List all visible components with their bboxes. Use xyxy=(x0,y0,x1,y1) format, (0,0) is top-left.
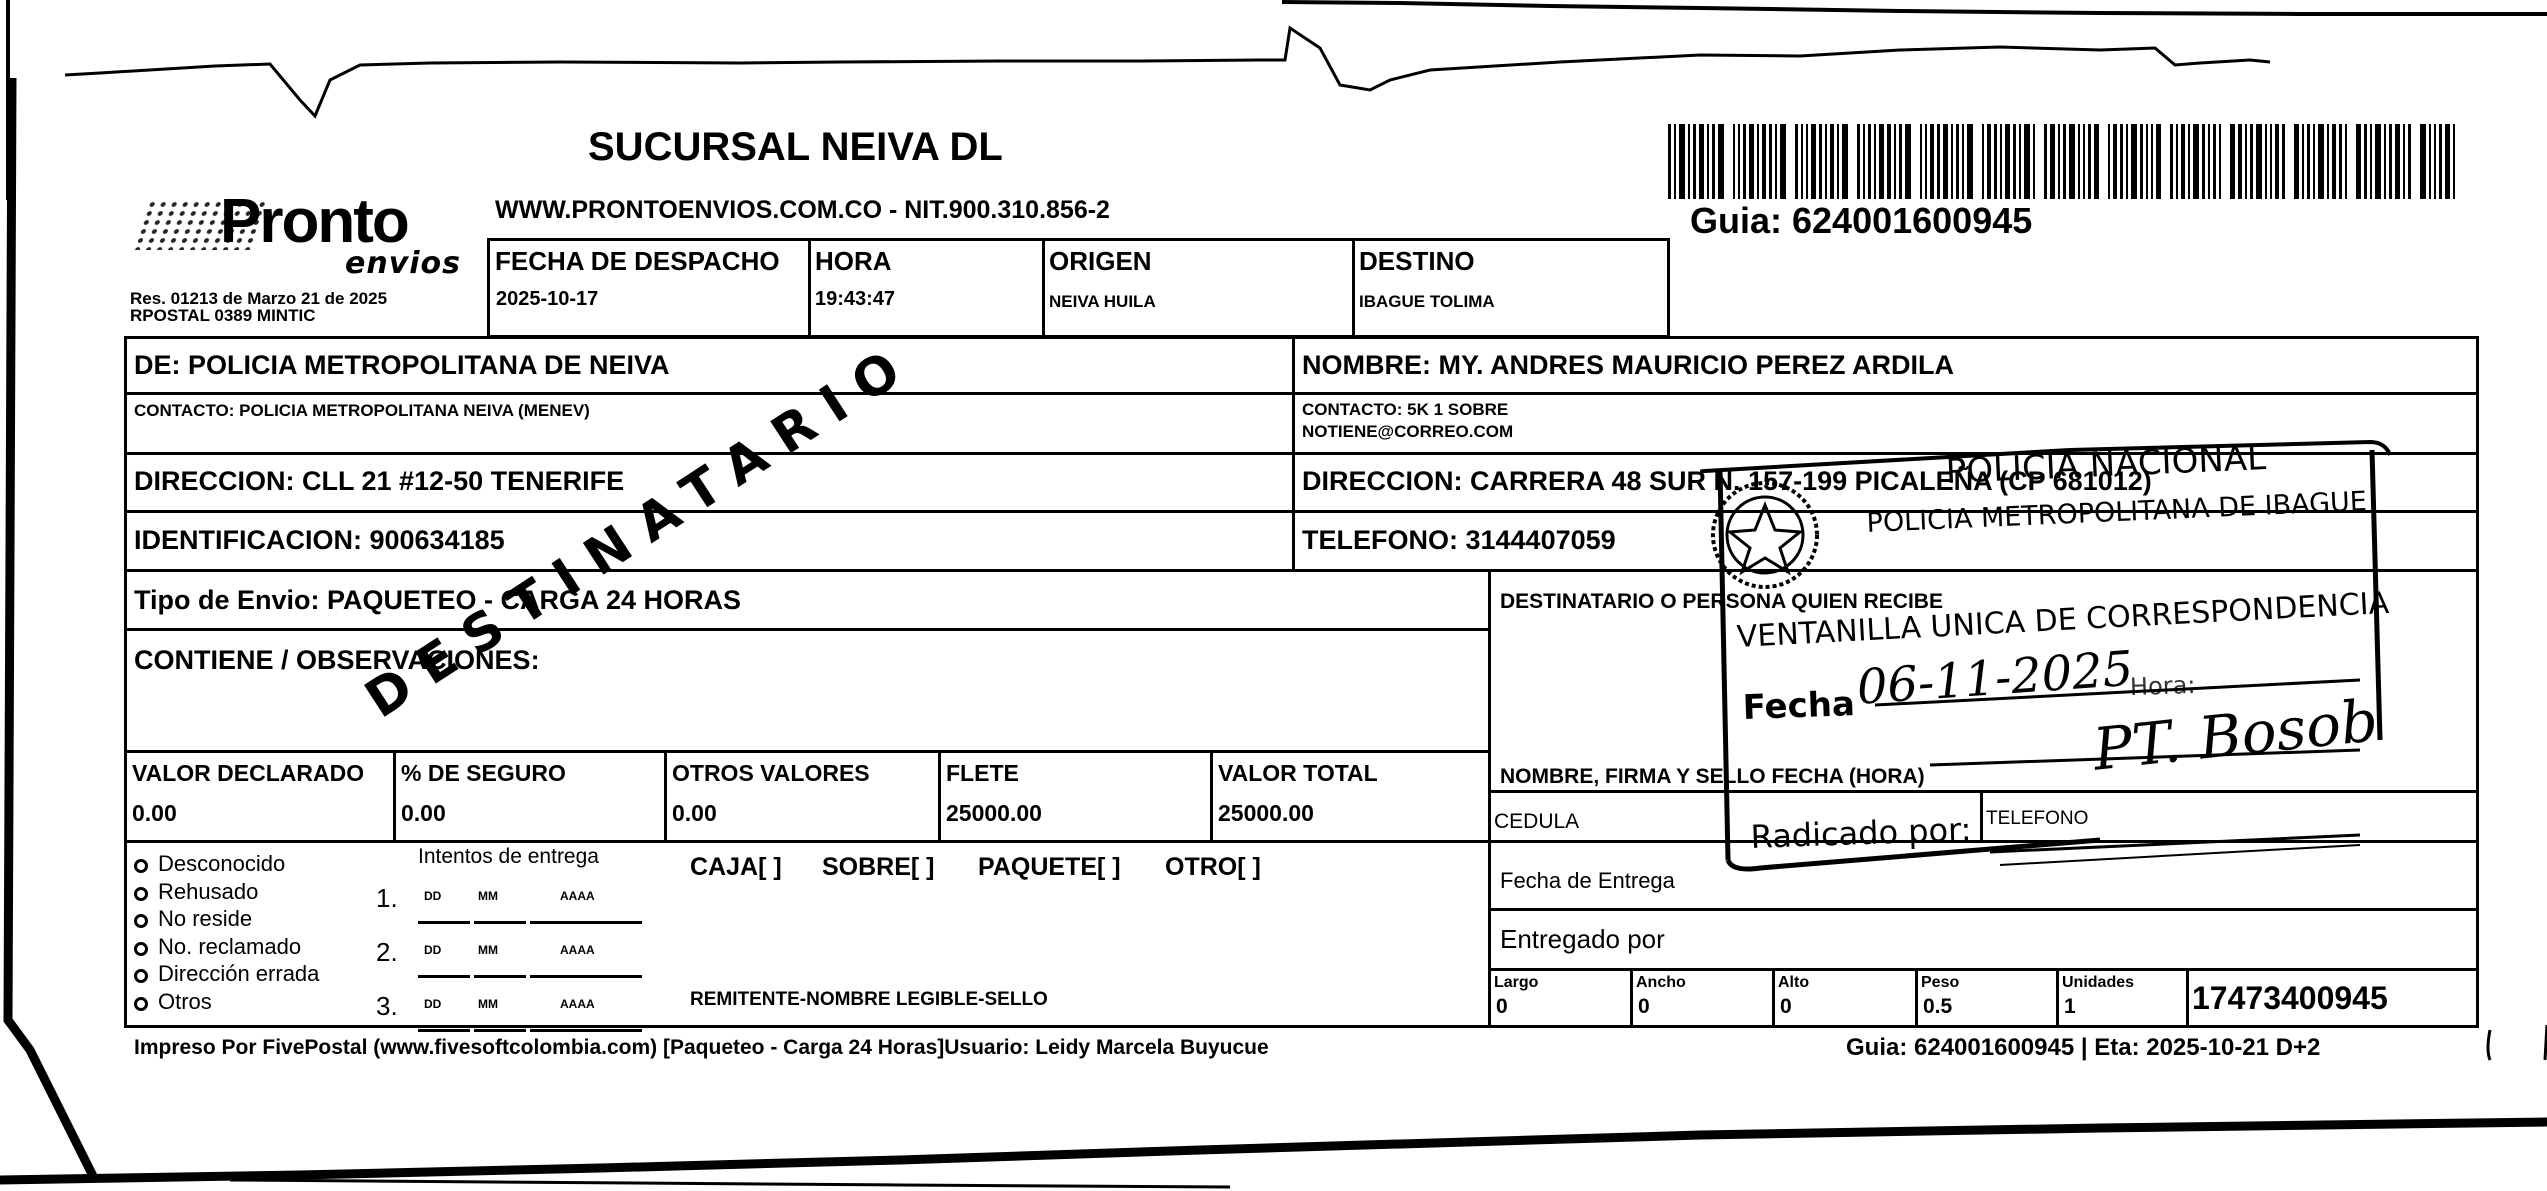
radio-circle-icon xyxy=(134,969,148,983)
value-amount: 25000.00 xyxy=(1218,800,1314,827)
fecha-despacho-value: 2025-10-17 xyxy=(496,288,598,311)
recipient-contact-2: NOTIENE@CORREO.COM xyxy=(1302,422,1513,442)
dimension-value: 0 xyxy=(1638,995,1650,1019)
return-reason-label: No reside xyxy=(158,906,252,931)
origen-label: ORIGEN xyxy=(1049,246,1152,277)
dimension-label: Peso xyxy=(1921,974,1959,992)
firma-label: NOMBRE, FIRMA Y SELLO FECHA (HORA) xyxy=(1500,765,1925,789)
guia-number-top: Guia: 624001600945 xyxy=(1690,200,2032,242)
branch-title: SUCURSAL NEIVA DL xyxy=(588,125,1003,170)
sender-id: IDENTIFICACION: 900634185 xyxy=(134,525,505,556)
hora-value: 19:43:47 xyxy=(815,288,895,311)
dimension-label: Unidades xyxy=(2062,974,2134,992)
origen-value: NEIVA HUILA xyxy=(1049,292,1156,312)
destinatario-label: DESTINATARIO O PERSONA QUIEN RECIBE xyxy=(1500,590,1943,614)
value-label: FLETE xyxy=(946,760,1019,787)
fecha-entrega-label: Fecha de Entrega xyxy=(1500,868,1675,894)
sender-name: DE: POLICIA METROPOLITANA DE NEIVA xyxy=(134,350,670,381)
dimension-label: Alto xyxy=(1778,974,1809,992)
tipo-envio: Tipo de Envio: PAQUETEO - CARGA 24 HORAS xyxy=(134,585,741,616)
value-label: OTROS VALORES xyxy=(672,760,870,787)
guia-eta: Guia: 624001600945 | Eta: 2025-10-21 D+2 xyxy=(1846,1034,2320,1062)
website-nit: WWW.PRONTOENVIOS.COM.CO - NIT.900.310.85… xyxy=(495,196,1110,225)
attempt-mm[interactable]: MM xyxy=(478,997,498,1011)
dimension-label: Largo xyxy=(1494,974,1538,992)
radio-circle-icon xyxy=(134,859,148,873)
stamp-hora-label: Hora: xyxy=(2130,671,2196,701)
attempt-number: 3. xyxy=(376,991,398,1022)
telefono-label: TELEFONO xyxy=(1986,808,2088,830)
attempt-mm[interactable]: MM xyxy=(478,889,498,903)
value-label: % DE SEGURO xyxy=(401,760,566,787)
return-reason-option[interactable]: No reside xyxy=(134,906,252,932)
attempt-aaaa[interactable]: AAAA xyxy=(560,943,595,957)
package-type-checkbox[interactable]: SOBRE[ ] xyxy=(822,853,935,882)
sender-address: DIRECCION: CLL 21 #12-50 TENERIFE xyxy=(134,466,624,497)
attempts-title: Intentos de entrega xyxy=(418,845,599,869)
attempt-number: 1. xyxy=(376,883,398,914)
return-reason-option[interactable]: No. reclamado xyxy=(134,934,301,960)
return-reason-option[interactable]: Rehusado xyxy=(134,879,258,905)
logo-sub-text: envios xyxy=(345,246,461,281)
value-label: VALOR TOTAL xyxy=(1218,760,1378,787)
attempt-aaaa[interactable]: AAAA xyxy=(560,997,595,1011)
attempt-dd[interactable]: DD xyxy=(424,889,441,903)
return-reason-label: Desconocido xyxy=(158,851,285,876)
remitente-label: REMITENTE-NOMBRE LEGIBLE-SELLO xyxy=(690,989,1048,1011)
dimension-label: Ancho xyxy=(1636,974,1686,992)
value-amount: 25000.00 xyxy=(946,800,1042,827)
attempt-aaaa[interactable]: AAAA xyxy=(560,889,595,903)
recipient-name: NOMBRE: MY. ANDRES MAURICIO PEREZ ARDILA xyxy=(1302,350,1954,381)
return-reason-option[interactable]: Desconocido xyxy=(134,851,285,877)
resolution-line-2: RPOSTAL 0389 MINTIC xyxy=(130,307,315,325)
return-reason-label: No. reclamado xyxy=(158,934,301,959)
stamp-radicado-label: Radicado por: xyxy=(1750,810,1972,856)
package-type-checkbox[interactable]: PAQUETE[ ] xyxy=(978,853,1121,882)
destino-value: IBAGUE TOLIMA xyxy=(1359,292,1495,312)
return-reason-label: Otros xyxy=(158,989,212,1014)
sender-contact: CONTACTO: POLICIA METROPOLITANA NEIVA (M… xyxy=(134,401,590,421)
package-type-checkbox[interactable]: CAJA[ ] xyxy=(690,853,782,882)
fecha-despacho-label: FECHA DE DESPACHO xyxy=(495,246,780,277)
entregado-por-label: Entregado por xyxy=(1500,924,1665,955)
value-amount: 0.00 xyxy=(132,800,177,827)
dimension-value: 0.5 xyxy=(1923,995,1952,1019)
radio-circle-icon xyxy=(134,942,148,956)
value-label: VALOR DECLARADO xyxy=(132,760,364,787)
pronto-envios-logo: Pronto envios xyxy=(140,192,470,282)
package-type-checkbox[interactable]: OTRO[ ] xyxy=(1165,853,1261,882)
dimension-value: 0 xyxy=(1780,995,1792,1019)
attempt-dd[interactable]: DD xyxy=(424,943,441,957)
return-reason-label: Rehusado xyxy=(158,879,258,904)
printed-by: Impreso Por FivePostal (www.fivesoftcolo… xyxy=(134,1036,1269,1060)
barcode xyxy=(1668,124,2468,199)
return-reason-option[interactable]: Dirección errada xyxy=(134,961,319,987)
attempt-dd[interactable]: DD xyxy=(424,997,441,1011)
return-reason-option[interactable]: Otros xyxy=(134,989,212,1015)
radio-circle-icon xyxy=(134,914,148,928)
hora-label: HORA xyxy=(815,246,892,277)
recipient-contact-1: CONTACTO: 5K 1 SOBRE xyxy=(1302,400,1508,420)
recipient-phone: TELEFONO: 3144407059 xyxy=(1302,525,1616,556)
value-amount: 0.00 xyxy=(672,800,717,827)
attempt-number: 2. xyxy=(376,937,398,968)
value-amount: 0.00 xyxy=(401,800,446,827)
attempt-mm[interactable]: MM xyxy=(478,943,498,957)
dimension-value: 1 xyxy=(2064,995,2076,1019)
radio-circle-icon xyxy=(134,997,148,1011)
destino-label: DESTINO xyxy=(1359,246,1475,277)
tracking-number: 17473400945 xyxy=(2192,980,2388,1017)
dimension-value: 0 xyxy=(1496,995,1508,1019)
cedula-label: CEDULA xyxy=(1494,810,1579,834)
radio-circle-icon xyxy=(134,887,148,901)
stamp-fecha-label: Fecha xyxy=(1742,684,1856,728)
return-reason-label: Dirección errada xyxy=(158,961,319,986)
